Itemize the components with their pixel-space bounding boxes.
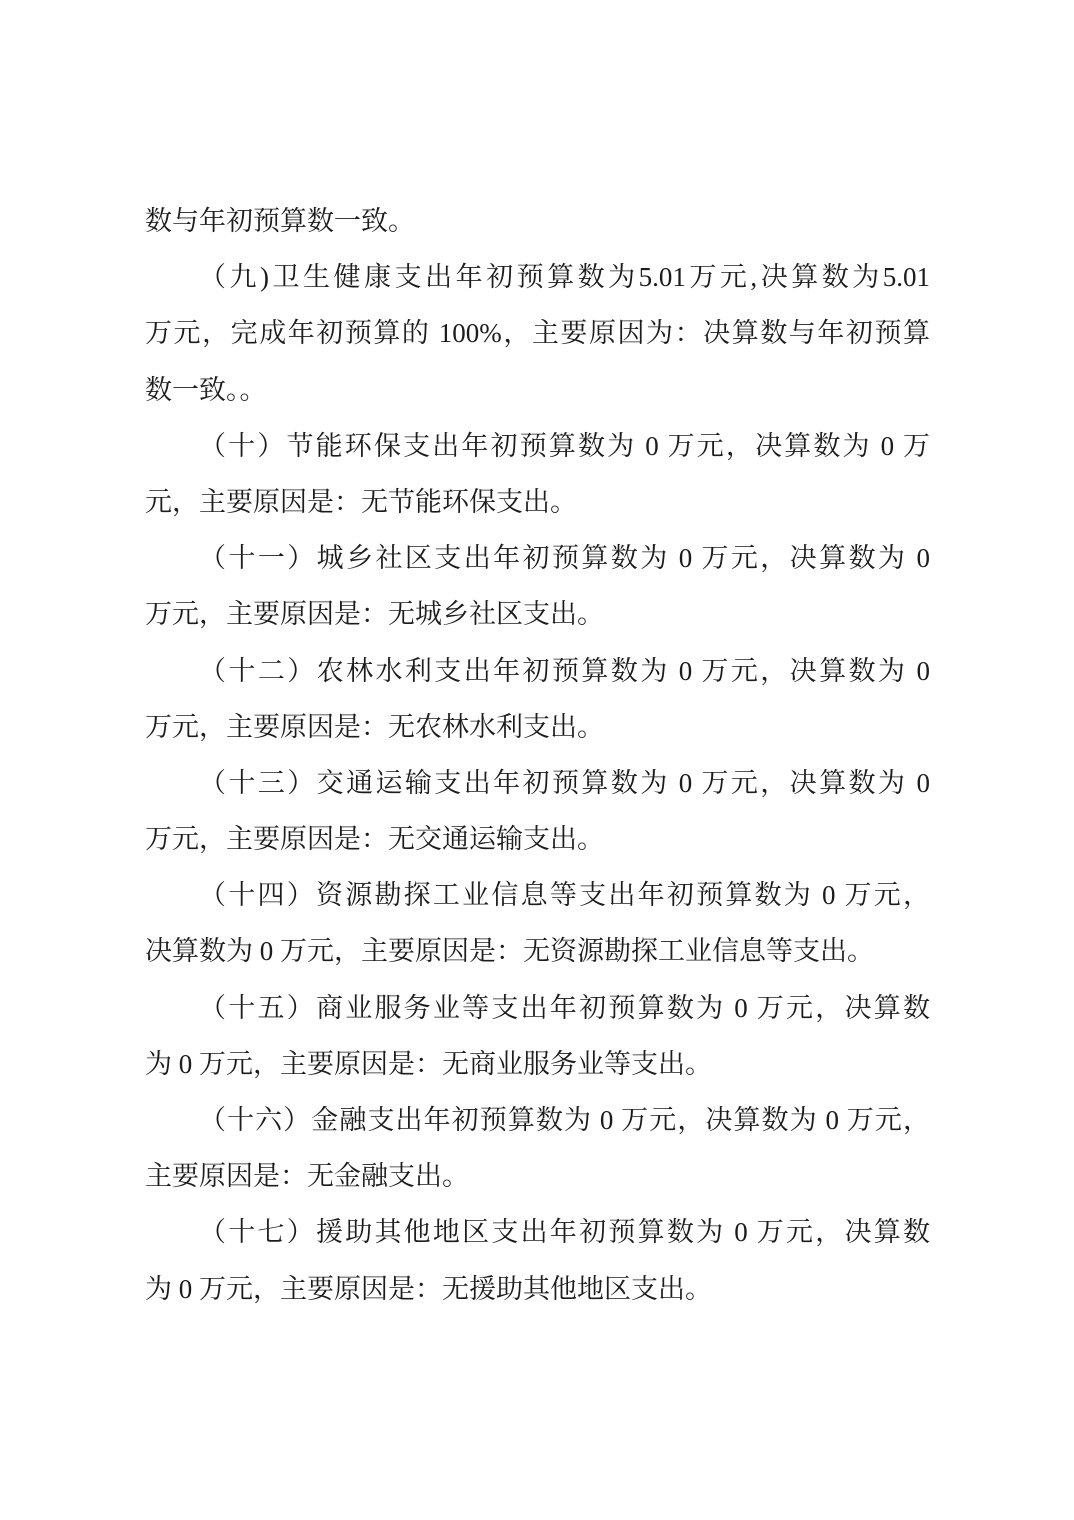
text-block: 数与年初预算数一致。（九)卫生健康支出年初预算数为5.01万元,决算数为5.01… bbox=[145, 193, 930, 1317]
document-line: 主要原因是：无金融支出。 bbox=[145, 1148, 930, 1204]
document-line: 万元，主要原因是：无交通运输支出。 bbox=[145, 811, 930, 867]
document-line: （十四）资源勘探工业信息等支出年初预算数为 0 万元， bbox=[145, 867, 930, 923]
document-line: 万元，完成年初预算的 100%，主要原因为：决算数与年初预算 bbox=[145, 305, 930, 361]
document-line: （十）节能环保支出年初预算数为 0 万元，决算数为 0 万 bbox=[145, 418, 930, 474]
document-line: （九)卫生健康支出年初预算数为5.01万元,决算数为5.01 bbox=[145, 249, 930, 305]
document-line: 为 0 万元，主要原因是：无商业服务业等支出。 bbox=[145, 1036, 930, 1092]
document-line: （十一）城乡社区支出年初预算数为 0 万元，决算数为 0 bbox=[145, 530, 930, 586]
document-line: （十二）农林水利支出年初预算数为 0 万元，决算数为 0 bbox=[145, 643, 930, 699]
document-line: 数一致。。 bbox=[145, 362, 930, 418]
document-line: 万元，主要原因是：无城乡社区支出。 bbox=[145, 586, 930, 642]
document-line: 元，主要原因是：无节能环保支出。 bbox=[145, 474, 930, 530]
document-page: 数与年初预算数一致。（九)卫生健康支出年初预算数为5.01万元,决算数为5.01… bbox=[0, 0, 1074, 1520]
document-line: 为 0 万元，主要原因是：无援助其他地区支出。 bbox=[145, 1261, 930, 1317]
document-line: 决算数为 0 万元，主要原因是：无资源勘探工业信息等支出。 bbox=[145, 923, 930, 979]
document-line: 数与年初预算数一致。 bbox=[145, 193, 930, 249]
document-line: （十六）金融支出年初预算数为 0 万元，决算数为 0 万元， bbox=[145, 1092, 930, 1148]
document-line: （十七）援助其他地区支出年初预算数为 0 万元，决算数 bbox=[145, 1204, 930, 1260]
document-line: 万元，主要原因是：无农林水利支出。 bbox=[145, 699, 930, 755]
document-line: （十五）商业服务业等支出年初预算数为 0 万元，决算数 bbox=[145, 980, 930, 1036]
document-line: （十三）交通运输支出年初预算数为 0 万元，决算数为 0 bbox=[145, 755, 930, 811]
